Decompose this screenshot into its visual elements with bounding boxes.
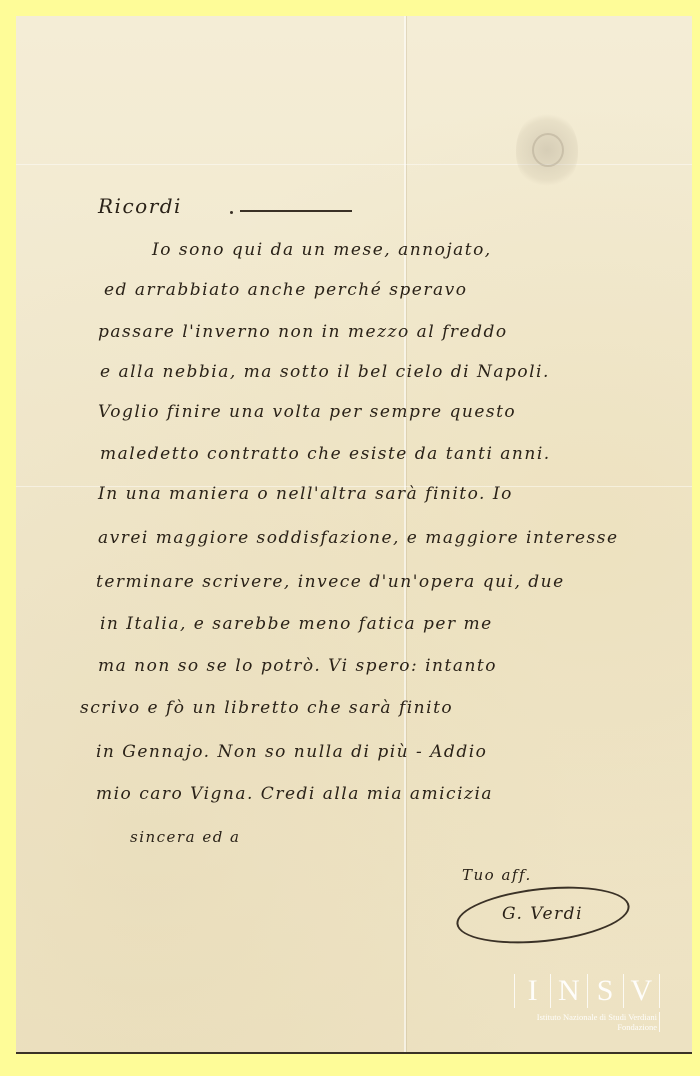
letter-line: scrivo e fò un libretto che sarà finito [80,698,453,718]
letter-line: Voglio finire una volta per sempre quest… [98,402,516,422]
logo-foundation-label: Fondazione [514,1022,660,1032]
letter-line: In una maniera o nell'altra sarà finito.… [98,484,513,504]
letter-line: in Italia, e sarebbe meno fatica per me [100,614,493,634]
logo-letter: N [551,974,587,1008]
signature: G. Verdi [502,904,583,924]
logo-institute-name: Istituto Nazionale di Studi Verdiani [514,1012,660,1022]
logo-letter: S [588,974,624,1008]
letter-line: mio caro Vigna. Credi alla mia amicizia [96,784,493,804]
salutation-dash [240,210,352,212]
logo-letter: I [515,974,551,1008]
letter-line: in Gennajo. Non so nulla di più - Addio [96,742,487,762]
letter-line: sincera ed a [130,828,241,846]
closing: Tuo aff. [462,866,532,884]
letter-line: terminare scrivere, invece d'un'opera qu… [96,572,565,592]
letter-line: ma non so se lo potrò. Vi spero: intanto [98,656,497,676]
salutation: Ricordi [98,194,182,218]
horizontal-fold-line [16,164,692,165]
letter-line: passare l'inverno non in mezzo al freddo [98,322,508,342]
letter-line: avrei maggiore soddisfazione, e maggiore… [98,528,619,548]
salutation-dot [230,211,233,214]
letter-line: maledetto contratto che esiste da tanti … [100,444,551,464]
insv-watermark-logo: I N S V Istituto Nazionale di Studi Verd… [514,974,660,1038]
letter-line: Io sono qui da un mese, annojato, [152,240,492,260]
letter-line: e alla nebbia, ma sotto il bel cielo di … [100,362,550,382]
embossed-seal-icon [516,111,578,189]
letter-line: ed arrabbiato anche perché speravo [104,280,467,300]
signature-block: Tuo aff. G. Verdi [450,866,640,956]
logo-letter: V [624,974,660,1008]
